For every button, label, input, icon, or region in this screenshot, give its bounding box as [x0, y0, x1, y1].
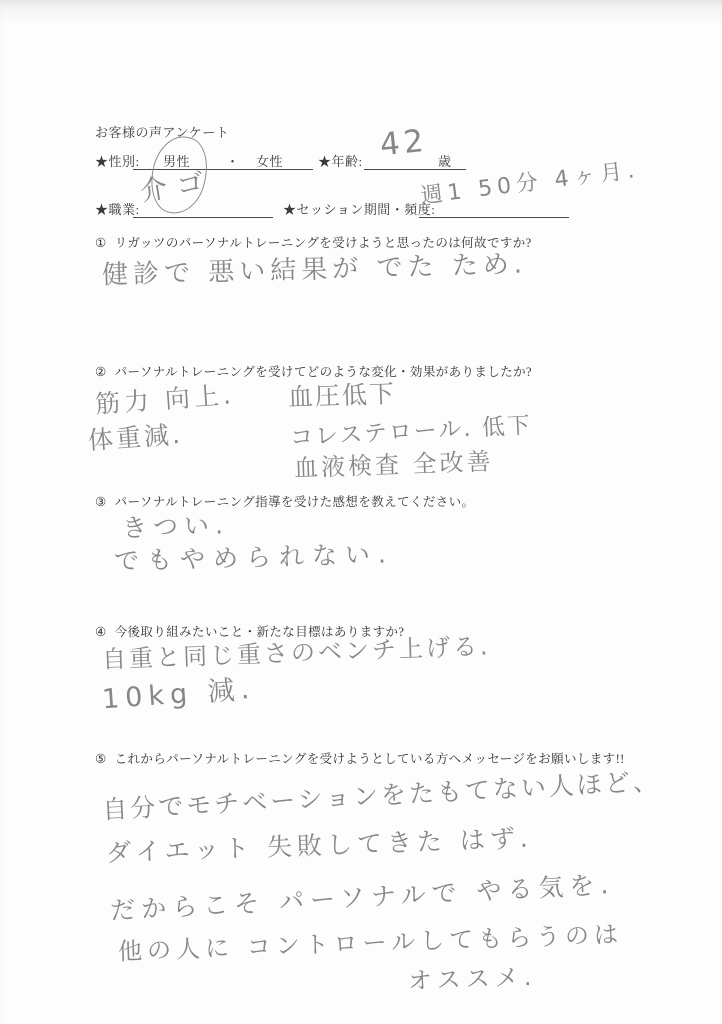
answer-4-line-2: 10kg 減.	[101, 675, 256, 715]
survey-title: お客様の声アンケート	[95, 122, 229, 141]
job-handwritten-value: 介ゴ	[138, 166, 216, 207]
job-underline	[133, 217, 273, 218]
gender-separator: ・	[226, 151, 240, 170]
age-handwritten-value: 42	[378, 124, 429, 163]
question-1-text: リガッツのパーソナルトレーニングを受けようと思ったのは何故ですか?	[115, 236, 532, 250]
answer-5-line-4: 他の人に コントロールしてもらうのは	[118, 921, 624, 965]
answer-5-line-3: だからこそ パーソナルで やる気を.	[110, 871, 615, 925]
answer-2-line-2: 血圧低下	[288, 380, 397, 411]
answer-5-line-5: オススメ.	[408, 964, 537, 995]
age-label: ★年齢:	[318, 151, 363, 170]
question-2-number: ②	[95, 365, 107, 379]
question-2-text: パーソナルトレーニングを受けてどのような変化・効果がありましたか?	[115, 365, 532, 379]
answer-2-line-5: 血液検査 全改善	[294, 449, 494, 482]
question-1-number: ①	[95, 236, 107, 250]
answer-2-line-4: コレステロール. 低下	[290, 414, 533, 452]
scanned-survey-page: お客様の声アンケート ★性別: 男性 ・ 女性 ★年齢: 42 歳 ★職業: 介…	[0, 0, 722, 1024]
question-2: ②パーソナルトレーニングを受けてどのような変化・効果がありましたか?	[95, 362, 532, 380]
scan-shadow	[0, 0, 722, 26]
session-label: ★セッション期間・頻度:	[283, 199, 435, 218]
question-3-number: ③	[95, 495, 107, 509]
question-5-text: これからパーソナルトレーニングを受けようとしている方へメッセージをお願いします!…	[115, 752, 625, 766]
question-1: ①リガッツのパーソナルトレーニングを受けようと思ったのは何故ですか?	[95, 233, 532, 251]
answer-2-line-3: 体重減.	[87, 421, 184, 455]
job-label: ★職業:	[95, 199, 140, 218]
answer-3-line-2: でもやめられない.	[114, 540, 395, 575]
answer-1-line-1: 健診で 悪い結果が でた ため.	[102, 250, 528, 290]
answer-3-line-1: きつい.	[122, 511, 230, 542]
question-5-number: ⑤	[95, 752, 107, 766]
question-4-number: ④	[95, 625, 107, 639]
gender-option-female: 女性	[256, 151, 283, 170]
answer-5-line-2: ダイエット 失敗してきた はず.	[106, 825, 534, 867]
question-3: ③パーソナルトレーニング指導を受けた感想を教えてください。	[95, 492, 474, 510]
answer-2-line-1: 筋力 向上.	[94, 381, 235, 418]
gender-label: ★性別:	[95, 151, 140, 170]
session-underline	[419, 217, 569, 218]
session-handwritten-value: 週1 50分 4ヶ月.	[419, 159, 640, 210]
answer-5-line-1: 自分でモチベーションをたもてない人ほど、	[102, 767, 662, 824]
question-3-text: パーソナルトレーニング指導を受けた感想を教えてください。	[115, 495, 475, 509]
question-5: ⑤これからパーソナルトレーニングを受けようとしている方へメッセージをお願いします…	[95, 748, 640, 772]
age-suffix: 歳	[438, 151, 452, 170]
